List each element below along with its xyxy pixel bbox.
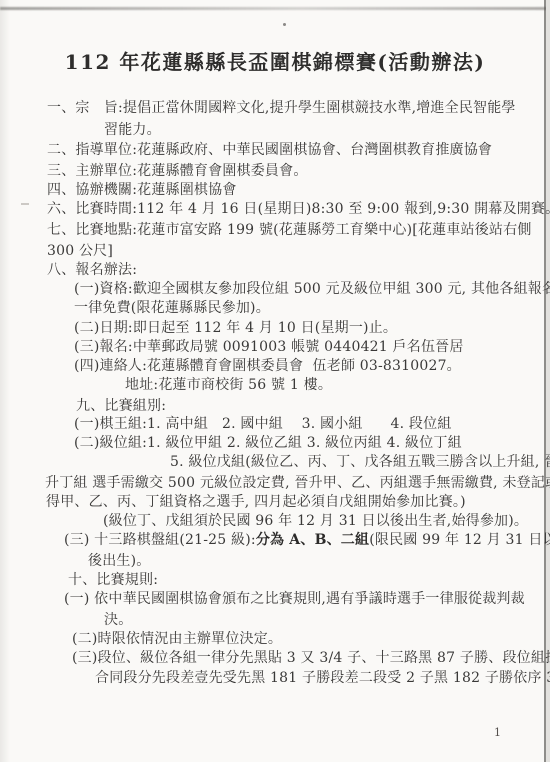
document-line: (一)資格:歡迎全國棋友參加段位組 500 元及級位甲組 300 元, 其他各組… — [74, 281, 550, 297]
document-line: 決。 — [104, 612, 132, 628]
scan-edge-right-line — [544, 0, 546, 762]
scan-edge-right-outer — [546, 0, 550, 762]
document-line: (四)連絡人:花蓮縣體育會圍棋委員會 伍老師 03-8310027。 — [74, 358, 461, 374]
document-line: 300 公尺] — [47, 243, 113, 259]
document-line: 5. 級位戊組(級位乙、丙、丁、戊各組五戰三勝含以上升組, 晉 — [170, 454, 550, 470]
page-number: 1 — [494, 726, 501, 739]
document-line: (一)棋王組:1. 高中組 2. 國中組 3. 國小組 4. 段位組 — [74, 416, 452, 432]
document-line: 升丁組 選手需繳交 500 元級位設定費, 晉升甲、乙、丙組選手無需繳費, 未登… — [45, 475, 550, 491]
document-line-bold-segment: 分為 A、B、二組 — [256, 532, 369, 548]
document-line: (二)日期:即日起至 112 年 4 月 10 日(星期一)止。 — [74, 320, 397, 336]
document-line: (二)級位組:1. 級位甲組 2. 級位乙組 3. 級位丙組 4. 級位丁組 — [74, 435, 462, 451]
scan-edge-left — [0, 0, 10, 762]
document-line: 一、宗 旨:提倡正當休閒國粹文化,提升學生圍棋競技水準,增進全民智能學 — [47, 100, 516, 116]
document-page: 112 年花蓮縣縣長盃圍棋錦標賽(活動辦法) 一、宗 旨:提倡正當休閒國粹文化,… — [0, 0, 550, 762]
document-line: 合同段分先段差壹先受先黑 181 子勝段差二段受 2 子黑 182 子勝依序 3… — [95, 670, 550, 686]
document-line: 三、主辦單位:花蓮縣體育會圍棋委員會。 — [47, 163, 308, 179]
scan-speck — [283, 23, 286, 26]
document-line: (級位丁、戊組須於民國 96 年 12 月 31 日以後出生者,始得參加)。 — [103, 513, 528, 529]
document-line-segment: (限民國 99 年 12 月 31 日以 — [369, 532, 550, 548]
document-line: (一) 依中華民國圍棋協會頒布之比賽規則,遇有爭議時選手一律服從裁判裁 — [64, 591, 525, 607]
document-line: (三)報名:中華郵政局號 0091003 帳號 0440421 戶名伍晉居 — [74, 339, 464, 355]
document-line: 七、比賽地點:花蓮市富安路 199 號(花蓮縣勞工育樂中心)[花蓮車站後站右側 — [47, 222, 532, 238]
document-line: 一律免費(限花蓮縣縣民參加)。 — [74, 300, 270, 316]
scan-edge-top — [0, 7, 550, 10]
document-line: 六、比賽時間:112 年 4 月 16 日(星期日)8:30 至 9:00 報到… — [47, 201, 550, 217]
document-line: 地址:花蓮市商校街 56 號 1 樓。 — [125, 377, 332, 393]
document-line: 習能力。 — [104, 122, 161, 138]
document-line: 二、指導單位:花蓮縣政府、中華民國圍棋協會、台灣圍棋教育推廣協會 — [47, 142, 492, 158]
document-line: 得甲、乙、丙、丁組資格之選手, 四月起必須自戊組開始參加比賽。) — [46, 494, 466, 510]
scan-smudge — [21, 203, 29, 205]
document-line: (三) 十三路棋盤組(21-25 級):分為 A、B、二組(限民國 99 年 1… — [64, 532, 550, 548]
document-line: 後出生)。 — [88, 553, 150, 569]
document-line: 十、比賽規則: — [68, 572, 158, 588]
document-line: 四、協辦機關:花蓮縣圍棋協會 — [47, 182, 237, 198]
page-title: 112 年花蓮縣縣長盃圍棋錦標賽(活動辦法) — [0, 46, 550, 75]
document-line: (三)段位、級位各組一律分先黑貼 3 又 3/4 子、十三路黑 87 子勝、段位… — [72, 650, 550, 666]
document-line-segment: (三) 十三路棋盤組(21-25 級): — [64, 532, 256, 548]
document-line: 九、比賽組別: — [76, 398, 166, 414]
document-line: (二)時限依情況由主辦單位決定。 — [72, 631, 282, 647]
document-line: 八、報名辦法: — [47, 262, 137, 278]
